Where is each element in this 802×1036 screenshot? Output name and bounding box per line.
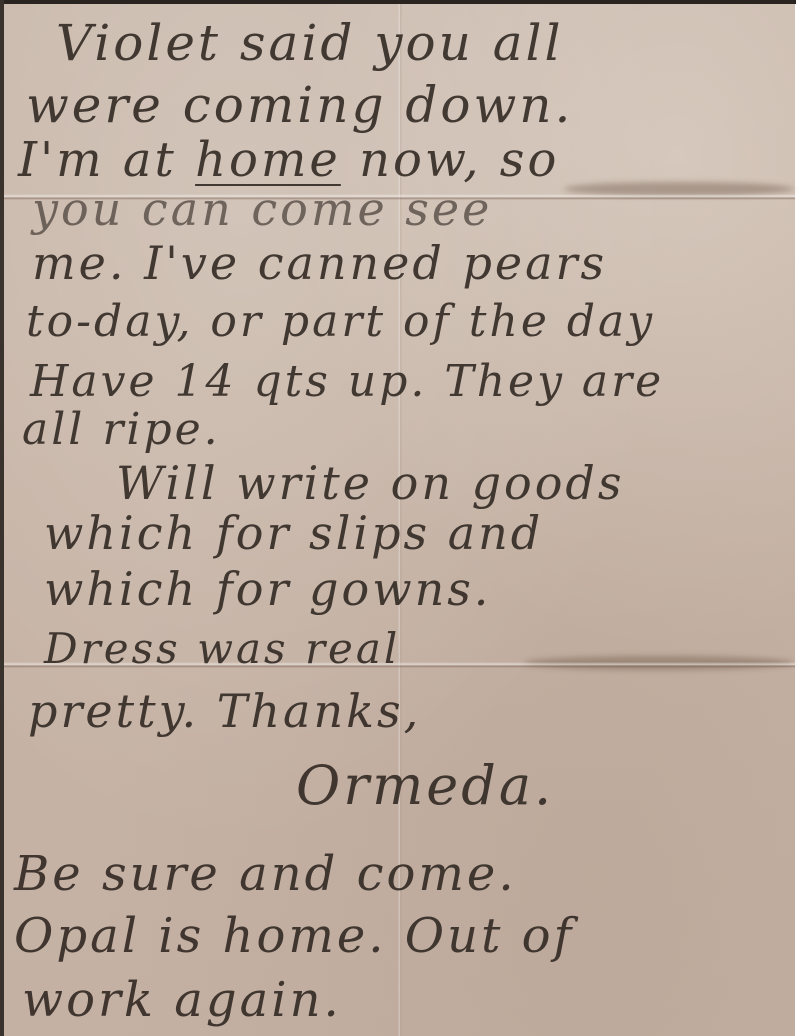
letter-line-3-part-a: I'm at — [18, 132, 195, 188]
letter-line-9: Will write on goods — [116, 456, 624, 510]
letter-line-1: Violet said you all — [56, 14, 564, 72]
letter-line-6: to-day, or part of the day — [26, 296, 655, 347]
letter-line-8: all ripe. — [22, 404, 221, 455]
letter-line-10: which for slips and — [44, 506, 543, 560]
letter-line-15: Be sure and come. — [14, 846, 517, 902]
letter-line-12: Dress was real — [44, 624, 400, 673]
letter-text: Violet said you all were coming down. I'… — [4, 4, 795, 1036]
letter-line-3-part-b: now, so — [341, 132, 560, 188]
letter-line-5: me. I've canned pears — [32, 236, 607, 290]
letter-line-3: I'm at home now, so — [18, 132, 559, 188]
signature: Ormeda. — [296, 754, 554, 817]
letter-line-17: work again. — [22, 972, 342, 1028]
letter-line-11: which for gowns. — [44, 562, 491, 616]
letter-line-13: pretty. Thanks, — [28, 684, 421, 738]
scan-frame: Violet said you all were coming down. I'… — [0, 0, 802, 1036]
letter-line-4: you can come see — [32, 182, 492, 236]
letter-line-16: Opal is home. Out of — [14, 908, 574, 964]
letter-line-2: were coming down. — [26, 76, 573, 134]
letter-line-7: Have 14 qts up. They are — [30, 356, 664, 407]
underlined-word-home: home — [195, 132, 341, 188]
